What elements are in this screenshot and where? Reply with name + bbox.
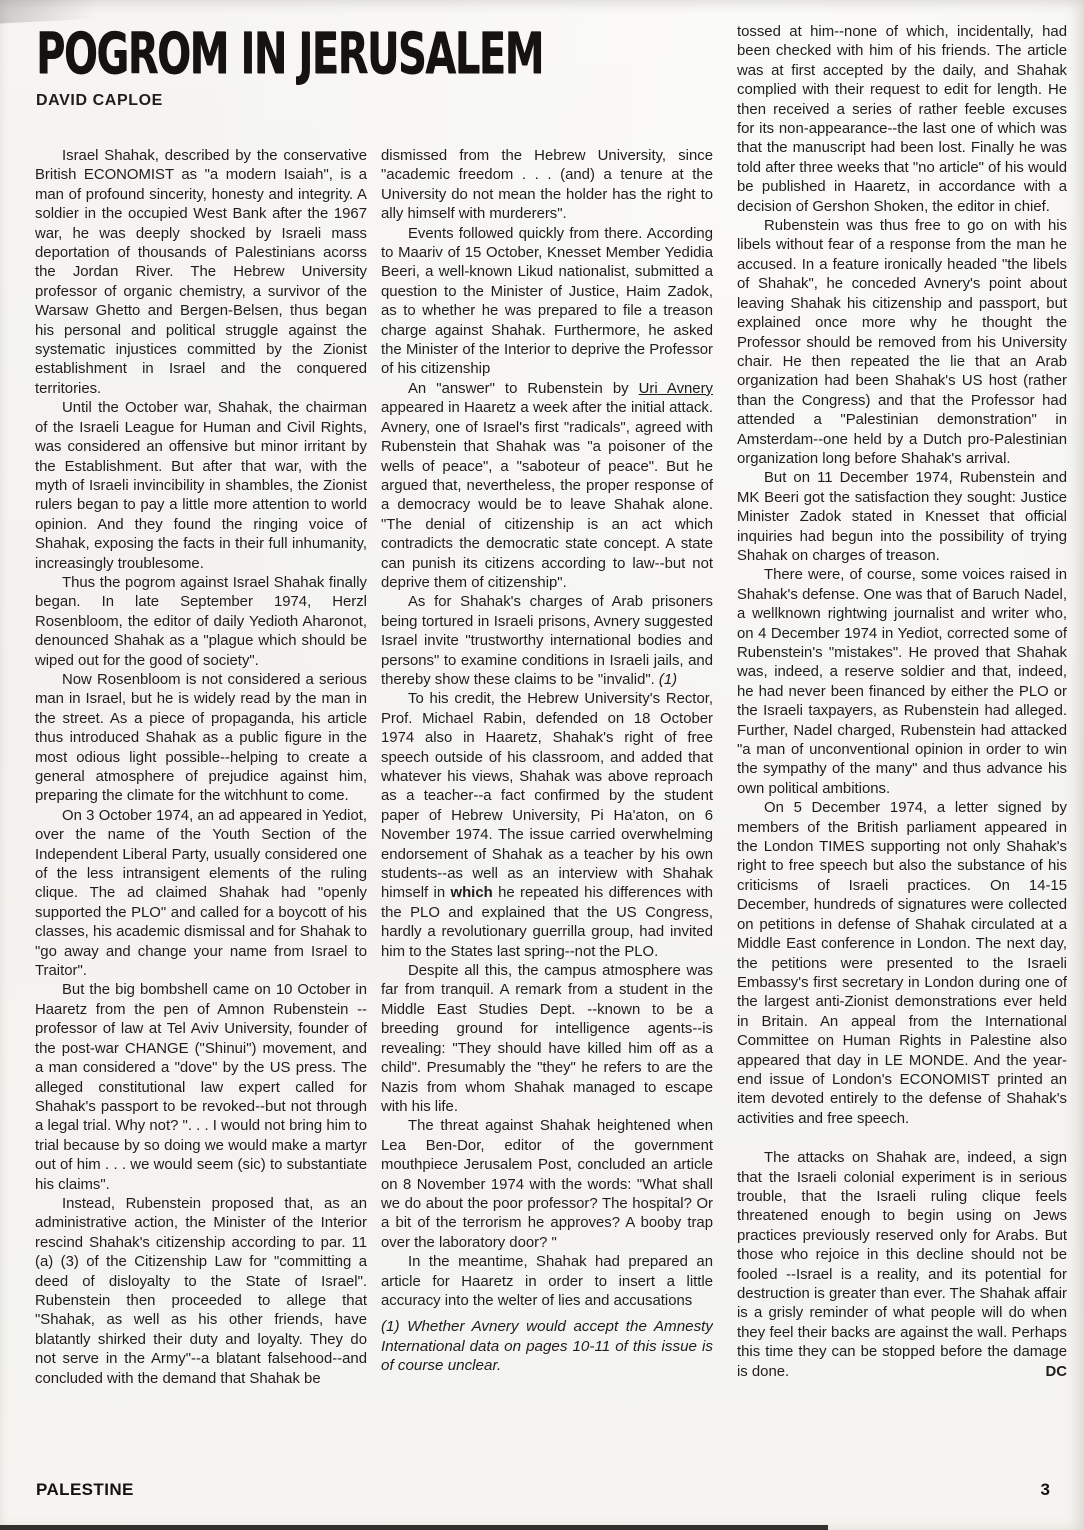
- text-run: Rubenstein was thus free to go on with h…: [737, 218, 1067, 467]
- text-run: dismissed from the Hebrew University, si…: [381, 148, 713, 222]
- text-run: Thus the pogrom against Israel Shahak fi…: [35, 575, 367, 669]
- text-run: On 5 December 1974, a letter signed by m…: [737, 800, 1067, 1127]
- text-run: The attacks on Shahak are, indeed, a sig…: [737, 1150, 1067, 1379]
- text-run: (1): [659, 672, 677, 688]
- paragraph: Thus the pogrom against Israel Shahak fi…: [35, 574, 367, 671]
- text-run: Despite all this, the campus atmosphere …: [381, 963, 713, 1115]
- paragraph: As for Shahak's charges of Arab prisoner…: [381, 593, 713, 690]
- paragraph: In the meantime, Shahak had prepared an …: [381, 1253, 713, 1311]
- text-run: But on 11 December 1974, Rubenstein and …: [737, 470, 1067, 564]
- text-run: But the big bombshell came on 10 October…: [35, 982, 367, 1192]
- paragraph: The threat against Shahak heightened whe…: [381, 1117, 713, 1253]
- paragraph: Israel Shahak, described by the conserva…: [35, 147, 367, 399]
- text-run: An "answer" to Rubenstein by: [408, 381, 639, 397]
- paragraph: To his credit, the Hebrew University's R…: [381, 690, 713, 962]
- paragraph: Now Rosenbloom is not considered a serio…: [35, 671, 367, 807]
- article-title: POGROM IN JERUSALEM: [36, 26, 543, 83]
- paragraph: On 5 December 1974, a letter signed by m…: [737, 799, 1067, 1129]
- author-initials: DC: [1018, 1363, 1067, 1382]
- paragraph: There were, of course, some voices raise…: [737, 566, 1067, 799]
- text-run: Israel Shahak, described by the conserva…: [35, 148, 367, 397]
- paragraph: But the big bombshell came on 10 October…: [35, 981, 367, 1194]
- paragraph: dismissed from the Hebrew University, si…: [381, 147, 713, 225]
- paragraph: Instead, Rubenstein proposed that, as an…: [35, 1195, 367, 1389]
- paragraph: Events followed quickly from there. Acco…: [381, 225, 713, 380]
- text-run: Uri Avnery: [639, 381, 713, 397]
- text-run: appeared in Haaretz a week after the ini…: [381, 400, 713, 591]
- text-run: Now Rosenbloom is not considered a serio…: [35, 672, 367, 804]
- article-header: POGROM IN JERUSALEM DAVID CAPLOE: [36, 26, 760, 110]
- text-run: Events followed quickly from there. Acco…: [381, 226, 713, 378]
- text-run: which: [451, 885, 493, 901]
- article-column-2: dismissed from the Hebrew University, si…: [381, 147, 713, 1469]
- paragraph: On 3 October 1974, an ad appeared in Yed…: [35, 807, 367, 982]
- paragraph: But on 11 December 1974, Rubenstein and …: [737, 469, 1067, 566]
- scan-bottom-bar-artifact: [0, 1525, 828, 1530]
- text-run: Until the October war, Shahak, the chair…: [35, 400, 367, 571]
- text-run: To his credit, the Hebrew University's R…: [381, 691, 713, 901]
- text-run: In the meantime, Shahak had prepared an …: [381, 1254, 713, 1309]
- text-run: Instead, Rubenstein proposed that, as an…: [35, 1196, 367, 1387]
- paragraph: tossed at him--none of which, incidental…: [737, 23, 1067, 217]
- paragraph: The attacks on Shahak are, indeed, a sig…: [737, 1149, 1067, 1382]
- text-run: On 3 October 1974, an ad appeared in Yed…: [35, 808, 367, 979]
- article-column-1: Israel Shahak, described by the conserva…: [35, 147, 367, 1469]
- text-run: There were, of course, some voices raise…: [737, 567, 1067, 796]
- text-run: tossed at him--none of which, incidental…: [737, 24, 1067, 215]
- magazine-page: POGROM IN JERUSALEM DAVID CAPLOE Israel …: [0, 0, 1084, 1530]
- article-column-3: tossed at him--none of which, incidental…: [737, 23, 1067, 1463]
- page-number: 3: [1041, 1480, 1050, 1500]
- paragraph: An "answer" to Rubenstein by Uri Avnery …: [381, 380, 713, 593]
- article-byline: DAVID CAPLOE: [36, 92, 760, 110]
- paragraph: Until the October war, Shahak, the chair…: [35, 399, 367, 574]
- paragraph: Rubenstein was thus free to go on with h…: [737, 217, 1067, 469]
- text-run: The threat against Shahak heightened whe…: [381, 1118, 713, 1250]
- paragraph: Despite all this, the campus atmosphere …: [381, 962, 713, 1117]
- text-run: (1) Whether Avnery would accept the Amne…: [381, 1318, 713, 1374]
- paragraph: (1) Whether Avnery would accept the Amne…: [381, 1317, 713, 1375]
- magazine-name: PALESTINE: [36, 1480, 134, 1500]
